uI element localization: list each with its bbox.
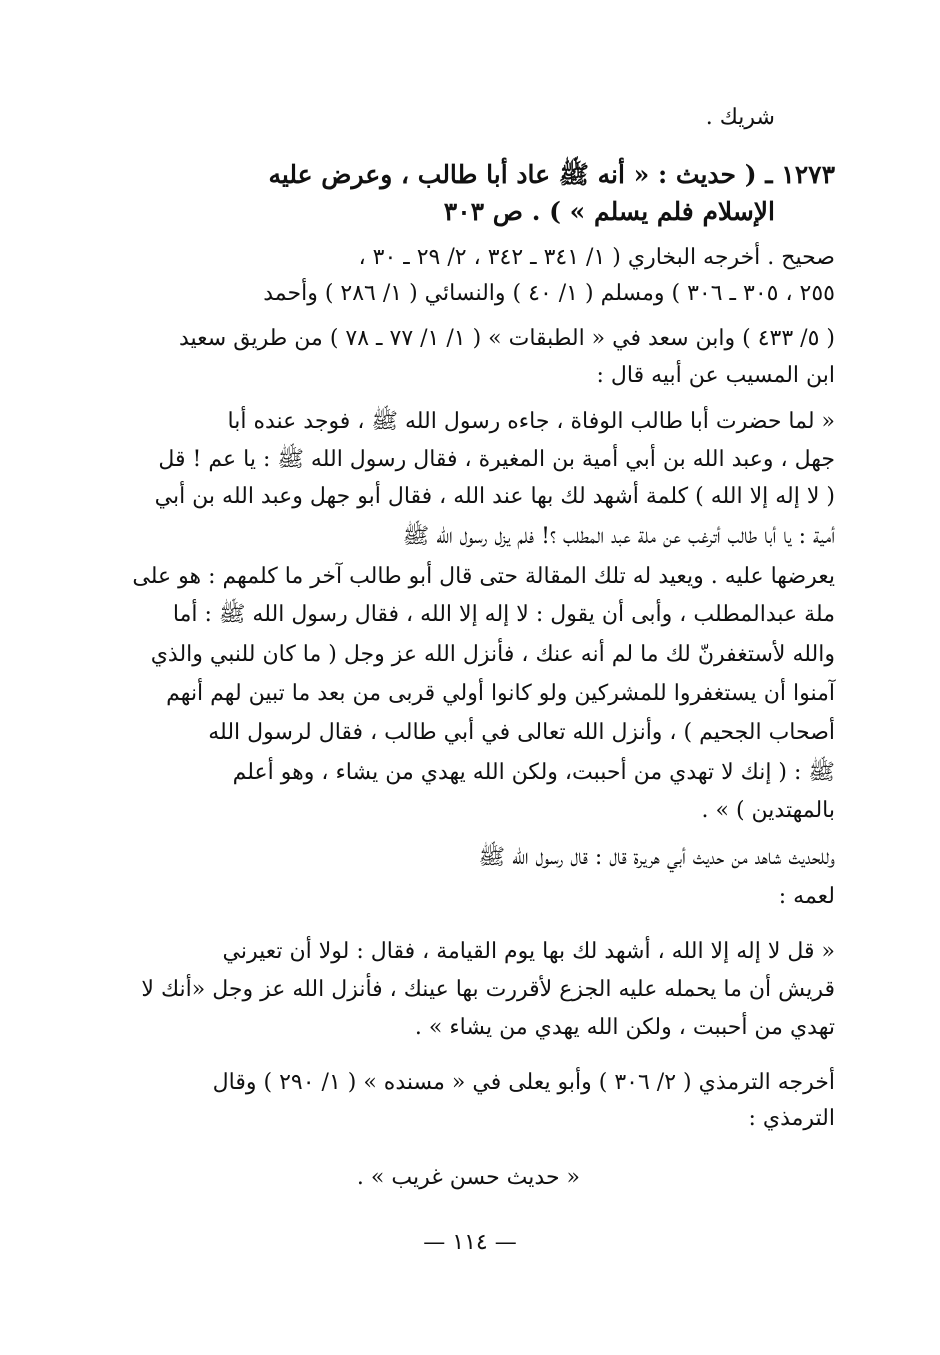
text-line: ﷺ : ( إنك لا تهدي من أحببت، ولكن الله يه… (233, 758, 835, 788)
document-page: شريك .١٢٧٣ ـ ( حديث : « أنه ﷺ عاد أبا طا… (0, 0, 940, 1355)
text-line: ملة عبدالمطلب ، وأبى أن يقول : لا إله إل… (173, 600, 835, 630)
text-line: « قل لا إله إلا الله ، أشهد لك بها يوم ا… (223, 937, 835, 967)
text-line: قريش أن ما يحمله عليه الجزع لأقررت بها ع… (141, 975, 835, 1005)
text-line: « حديث حسن غريب » . (357, 1163, 580, 1193)
text-line: ١٢٧٣ ـ ( حديث : « أنه ﷺ عاد أبا طالب ، و… (268, 160, 835, 190)
text-line: أخرجه الترمذي ( ٢/ ٣٠٦ ) وأبو يعلى في « … (213, 1068, 835, 1098)
text-line: ٢٥٥ ، ٣٠٥ ـ ٣٠٦ ) ومسلم ( ١/ ٤٠ ) والنسا… (263, 279, 835, 309)
text-line: أصحاب الجحيم ) ، وأنزل الله تعالى في أبي… (208, 718, 835, 748)
text-line: لعمه : (779, 882, 835, 912)
text-line: والله لأستغفرنّ لك ما لم أنه عنك ، فأنزل… (151, 640, 835, 670)
text-line: أمية : يا أبا طالب أترغب عن ملة عبد المط… (403, 522, 835, 552)
text-line: ( ٥/ ٤٣٣ ) وابن سعد في « الطبقات » ( ١/ … (179, 324, 835, 354)
text-line: يعرضها عليه . ويعيد له تلك المقالة حتى ق… (132, 562, 835, 592)
page-number: — ١١٤ — (0, 1230, 940, 1255)
text-line: آمنوا أن يستغفروا للمشركين ولو كانوا أول… (166, 679, 835, 709)
text-line: شريك . (706, 103, 775, 133)
text-line: الترمذي : (748, 1104, 835, 1134)
text-line: ( لا إله إلا الله ) كلمة أشهد لك بها عند… (155, 482, 835, 512)
text-line: « لما حضرت أبا طالب الوفاة ، جاءه رسول ا… (228, 407, 835, 437)
text-line: تهدي من أحببت ، ولكن الله يهدي من يشاء »… (415, 1013, 835, 1043)
text-line: وللحديث شاهد من حديث أبي هريرة قال : قال… (479, 843, 835, 873)
text-line: جهل ، وعبد الله بن أبي أمية بن المغيرة ،… (158, 445, 835, 475)
text-line: صحيح . أخرجه البخاري ( ١/ ٣٤١ ـ ٣٤٢ ، ٢/… (359, 243, 835, 273)
text-line: ابن المسيب عن أبيه قال : (596, 361, 835, 391)
text-line: بالمهتدين ) » . (702, 796, 835, 826)
text-line: الإسلام فلم يسلم » ) . ص ٣٠٣ (444, 197, 775, 227)
